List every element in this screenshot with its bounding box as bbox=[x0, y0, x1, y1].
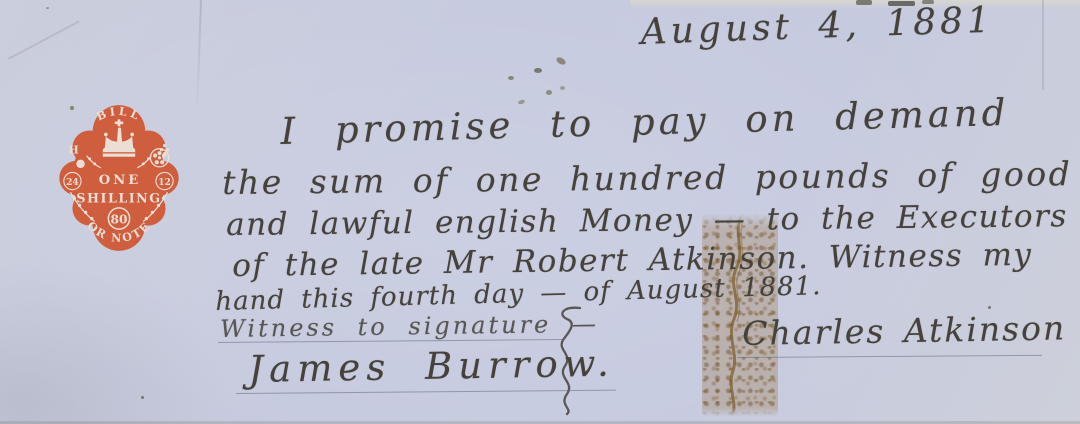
body-line-2: the sum of one hundred pounds of good bbox=[222, 154, 1072, 202]
promissory-note-document: BILL H bbox=[0, 0, 1080, 424]
signature-rule bbox=[737, 355, 1042, 358]
ink-speck bbox=[141, 396, 144, 399]
svg-text:12: 12 bbox=[158, 177, 171, 188]
ink-speck bbox=[555, 56, 567, 66]
ink-speck bbox=[988, 306, 991, 309]
body-line-1: I promise to pay on demand bbox=[280, 91, 1010, 153]
body-line-3: and lawful english Money — to the Execut… bbox=[226, 198, 1068, 243]
stamp-denomination-one: ONE bbox=[99, 173, 142, 188]
maker-signature: Charles Atkinson bbox=[742, 308, 1066, 353]
ink-speck bbox=[534, 68, 542, 73]
revenue-stamp: BILL H bbox=[55, 93, 183, 261]
revenue-stamp-graphic: BILL H bbox=[55, 93, 183, 261]
paper-crease bbox=[1042, 0, 1044, 90]
ink-speck bbox=[508, 76, 514, 80]
stamp-denomination-shilling: SHILLING bbox=[76, 190, 161, 205]
ink-speck bbox=[560, 86, 565, 90]
svg-text:80: 80 bbox=[111, 213, 128, 227]
ink-speck bbox=[546, 90, 552, 95]
stamp-white-dot bbox=[76, 160, 85, 169]
paper-crease bbox=[8, 20, 79, 59]
brace-flourish bbox=[548, 304, 594, 416]
stamp-check-letter: H bbox=[68, 144, 79, 157]
paper-crease bbox=[196, 0, 202, 115]
svg-text:24: 24 bbox=[66, 177, 79, 188]
ink-speck bbox=[46, 7, 49, 9]
witness-label: Witness to signature — bbox=[220, 310, 599, 343]
